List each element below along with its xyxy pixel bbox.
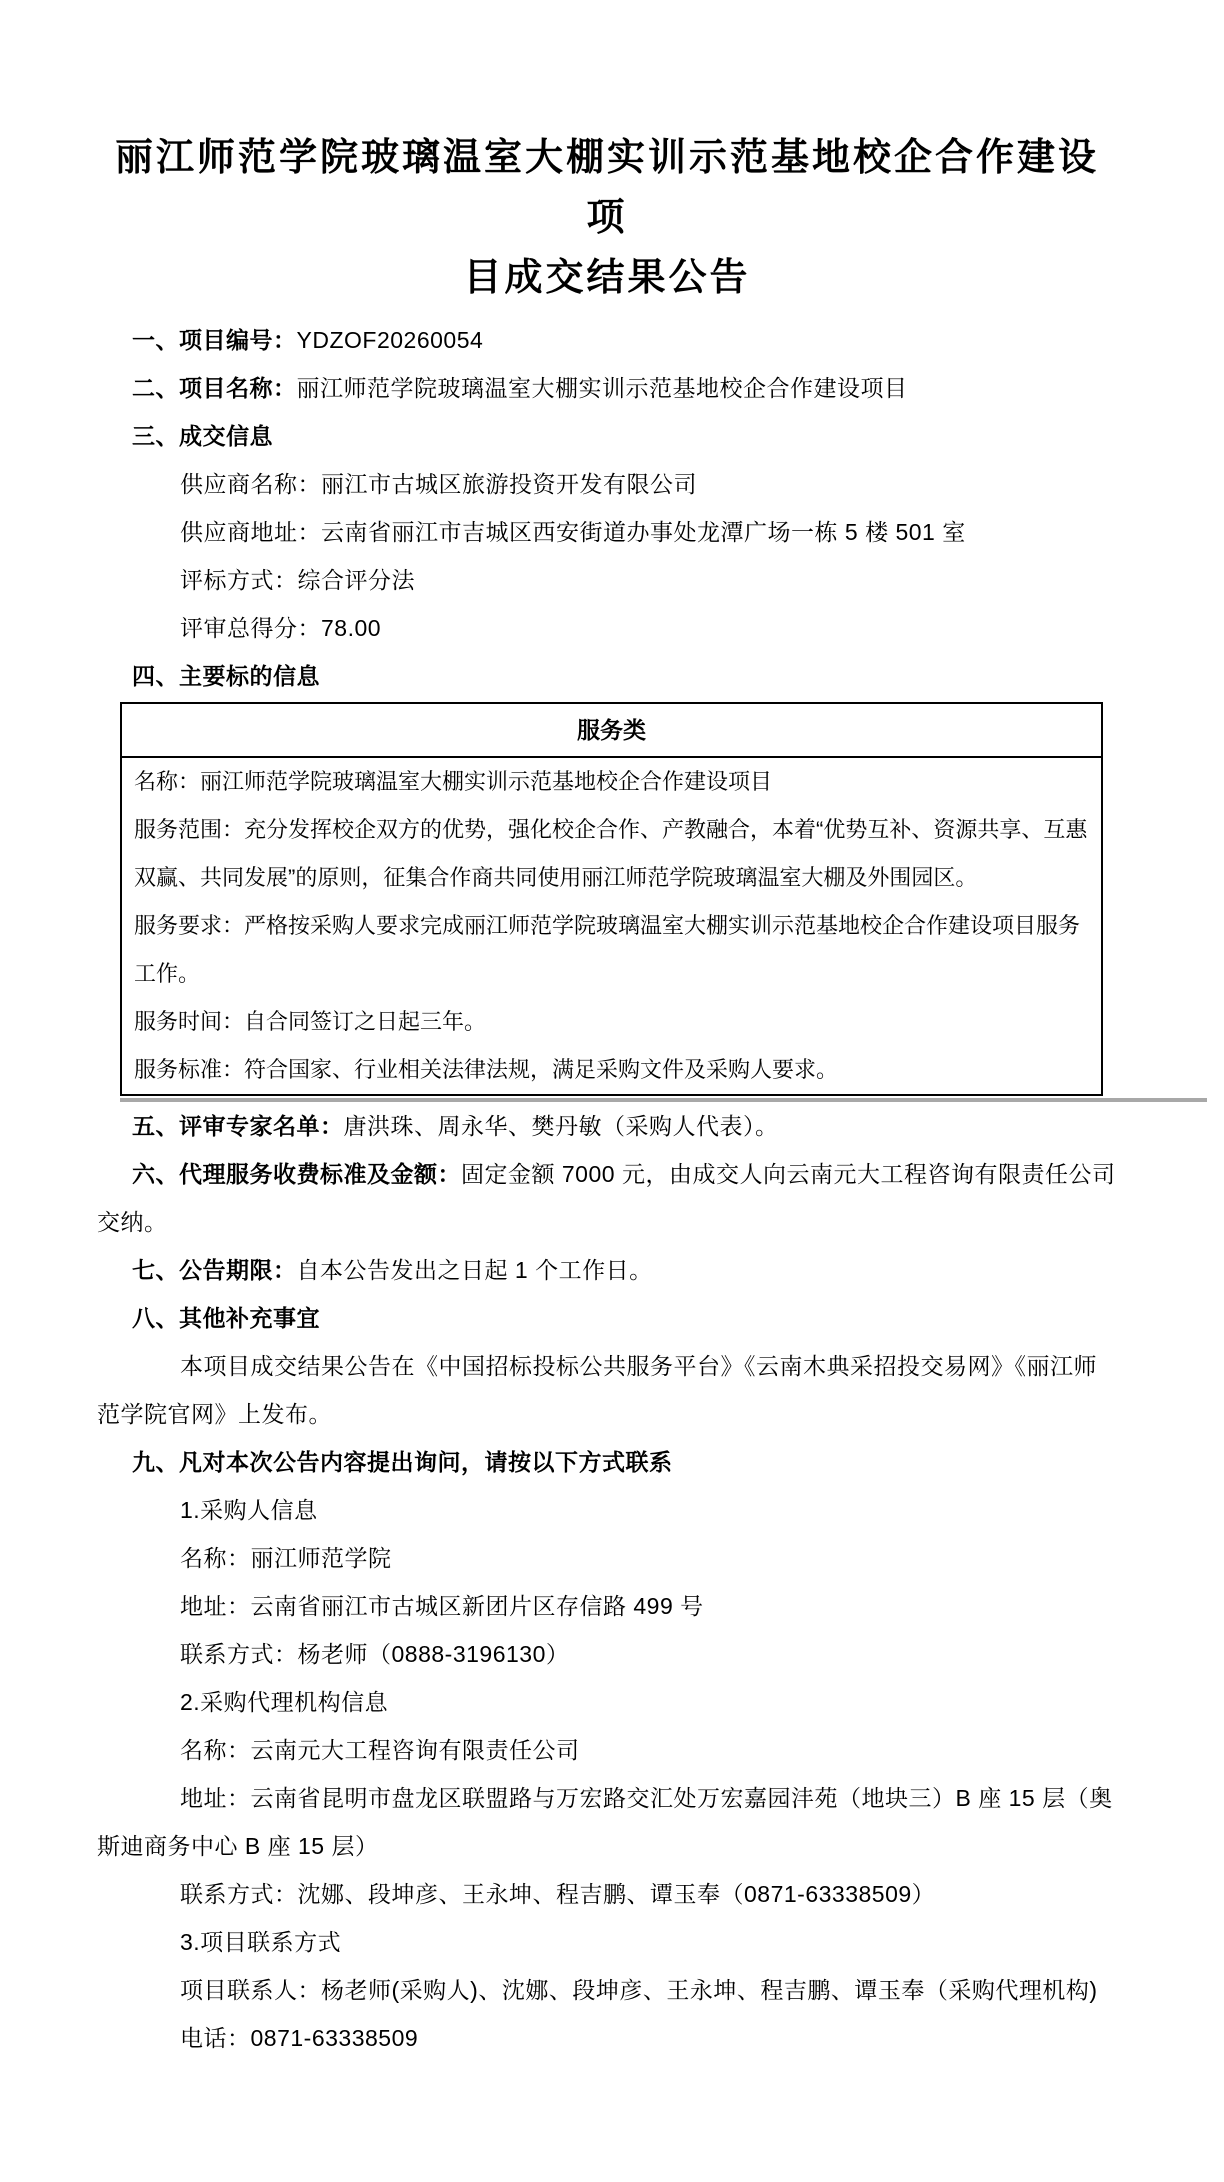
field-agency-address: 地址：云南省昆明市盘龙区联盟路与万宏路交汇处万宏嘉园沣苑（地块三）B 座 15 … xyxy=(97,1774,1117,1870)
document-title: 丽江师范学院玻璃温室大棚实训示范基地校企合作建设项 目成交结果公告 xyxy=(97,128,1117,308)
table-row-name: 名称：丽江师范学院玻璃温室大棚实训示范基地校企合作建设项目 xyxy=(134,758,1089,806)
table-header-service-category: 服务类 xyxy=(122,704,1101,758)
field-supplier-address: 供应商地址：云南省丽江市吉城区西安街道办事处龙潭广场一栋 5 楼 501 室 xyxy=(97,508,1117,556)
field-supplier-name: 供应商名称：丽江市古城区旅游投资开发有限公司 xyxy=(97,460,1117,508)
field-expert-list-label: 五、评审专家名单： xyxy=(132,1113,344,1139)
field-project-number: 一、项目编号：YDZOF20260054 xyxy=(97,316,1117,364)
table-row-service-scope: 服务范围：充分发挥校企双方的优势，强化校企合作、产教融合，本着“优势互补、资源共… xyxy=(134,806,1089,902)
field-announcement-period-value: 自本公告发出之日起 1 个工作日。 xyxy=(297,1257,653,1283)
subheading-agency-info: 2.采购代理机构信息 xyxy=(97,1678,1117,1726)
field-agency-name: 名称：云南元大工程咨询有限责任公司 xyxy=(97,1726,1117,1774)
field-evaluation-method: 评标方式：综合评分法 xyxy=(97,556,1117,604)
field-evaluation-score: 评审总得分：78.00 xyxy=(97,604,1117,652)
announcement-document: 丽江师范学院玻璃温室大棚实训示范基地校企合作建设项 目成交结果公告 一、项目编号… xyxy=(0,0,1224,2182)
field-expert-list-value: 唐洪珠、周永华、樊丹敏（采购人代表）。 xyxy=(344,1113,779,1139)
subheading-purchaser-info: 1.采购人信息 xyxy=(97,1486,1117,1534)
subheading-project-contact: 3.项目联系方式 xyxy=(97,1918,1117,1966)
field-announcement-period: 七、公告期限：自本公告发出之日起 1 个工作日。 xyxy=(97,1246,1117,1294)
field-announcement-period-label: 七、公告期限： xyxy=(132,1257,297,1283)
field-project-number-label: 一、项目编号： xyxy=(132,327,297,353)
section-heading-main-subject: 四、主要标的信息 xyxy=(97,652,1117,700)
field-expert-list: 五、评审专家名单：唐洪珠、周永华、樊丹敏（采购人代表）。 xyxy=(97,1102,1117,1150)
field-agency-fee-label: 六、代理服务收费标准及金额： xyxy=(132,1161,461,1187)
section-heading-deal-info: 三、成交信息 xyxy=(97,412,1117,460)
field-project-number-value: YDZOF20260054 xyxy=(297,327,484,353)
document-title-line-1: 丽江师范学院玻璃温室大棚实训示范基地校企合作建设项 xyxy=(97,128,1117,248)
section-heading-other-matters: 八、其他补充事宜 xyxy=(97,1294,1117,1342)
field-project-contacts: 项目联系人：杨老师(采购人)、沈娜、段坤彦、王永坤、程吉鹏、谭玉奉（采购代理机构… xyxy=(97,1966,1117,2014)
field-project-name-value: 丽江师范学院玻璃温室大棚实训示范基地校企合作建设项目 xyxy=(297,375,908,401)
field-purchaser-address: 地址：云南省丽江市古城区新团片区存信路 499 号 xyxy=(97,1582,1117,1630)
field-agency-contact: 联系方式：沈娜、段坤彦、王永坤、程吉鹏、谭玉奉（0871-63338509） xyxy=(97,1870,1117,1918)
table-row-service-requirement: 服务要求：严格按采购人要求完成丽江师范学院玻璃温室大棚实训示范基地校企合作建设项… xyxy=(134,902,1089,998)
table-body: 名称：丽江师范学院玻璃温室大棚实训示范基地校企合作建设项目 服务范围：充分发挥校… xyxy=(122,758,1101,1094)
field-purchaser-name: 名称：丽江师范学院 xyxy=(97,1534,1117,1582)
paragraph-publish-platforms: 本项目成交结果公告在《中国招标投标公共服务平台》《云南木典采招投交易网》《丽江师… xyxy=(97,1342,1117,1438)
field-agency-fee: 六、代理服务收费标准及金额：固定金额 7000 元，由成交人向云南元大工程咨询有… xyxy=(97,1150,1117,1246)
table-row-service-standard: 服务标准：符合国家、行业相关法律法规，满足采购文件及采购人要求。 xyxy=(134,1046,1089,1094)
field-purchaser-contact: 联系方式：杨老师（0888-3196130） xyxy=(97,1630,1117,1678)
table-row-service-time: 服务时间：自合同签订之日起三年。 xyxy=(134,998,1089,1046)
field-project-name-label: 二、项目名称： xyxy=(132,375,297,401)
field-phone: 电话：0871-63338509 xyxy=(97,2014,1117,2062)
document-title-line-2: 目成交结果公告 xyxy=(97,248,1117,308)
main-subject-table: 服务类 名称：丽江师范学院玻璃温室大棚实训示范基地校企合作建设项目 服务范围：充… xyxy=(120,702,1103,1096)
field-project-name: 二、项目名称：丽江师范学院玻璃温室大棚实训示范基地校企合作建设项目 xyxy=(97,364,1117,412)
section-heading-contact: 九、凡对本次公告内容提出询问，请按以下方式联系 xyxy=(97,1438,1117,1486)
